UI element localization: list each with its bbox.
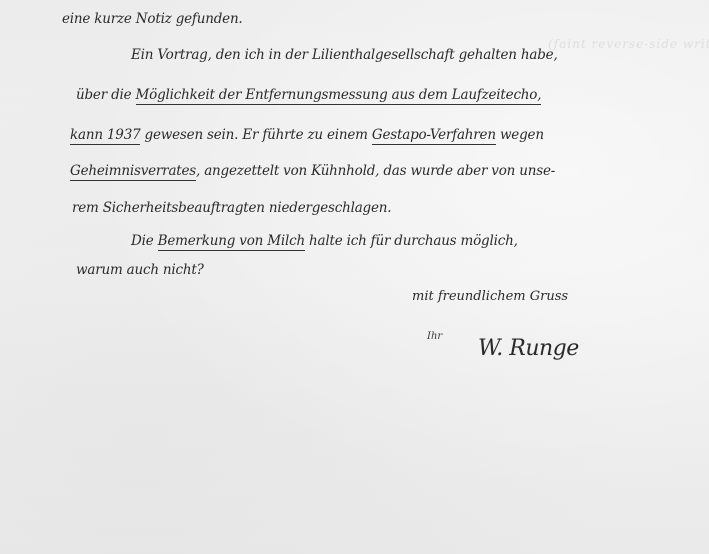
text-segment: gewesen sein. Er führte zu einem [140, 127, 371, 143]
signature: W. Runge [478, 336, 579, 361]
letter-line-3: über die Möglichkeit der Entfernungsmess… [76, 87, 541, 103]
text-segment: wegen [496, 127, 544, 143]
letter-line-5: Geheimnisverrates, angezettelt von Kühnh… [70, 163, 555, 179]
text-segment: , angezettelt von Kühnhold, das wurde ab… [196, 163, 555, 179]
text-segment: Die [131, 233, 158, 249]
underlined-text-segment: Bemerkung von Milch [158, 233, 305, 251]
text-segment: über die [76, 87, 136, 103]
underlined-text-segment: Geheimnisverrates [70, 163, 196, 181]
letter-line-4: kann 1937 gewesen sein. Er führte zu ein… [70, 127, 544, 143]
initials: Ihr [427, 331, 442, 342]
text-segment: eine kurze Notiz gefunden. [62, 11, 243, 27]
letter-line-1: eine kurze Notiz gefunden. [62, 11, 243, 27]
underlined-text-segment: kann 1937 [70, 127, 140, 145]
text-segment: Ein Vortrag, den ich in der Lilienthalge… [131, 47, 558, 63]
closing-salutation: mit freundlichem Gruss [412, 289, 568, 304]
letter-line-6: rem Sicherheitsbeauftragten niedergeschl… [72, 200, 391, 216]
letter-line-7: Die Bemerkung von Milch halte ich für du… [131, 233, 518, 249]
underlined-text-segment: Gestapo-Verfahren [372, 127, 496, 145]
underlined-text-segment: Möglichkeit der Entfernungsmessung aus d… [136, 87, 542, 105]
bleed-through-text: (faint reverse-side writing) [548, 37, 709, 51]
text-segment: rem Sicherheitsbeauftragten niedergeschl… [72, 200, 391, 216]
text-segment: warum auch nicht? [76, 262, 204, 278]
letter-line-2: Ein Vortrag, den ich in der Lilienthalge… [131, 47, 558, 63]
letter-line-8: warum auch nicht? [76, 262, 204, 278]
text-segment: halte ich für durchaus möglich, [305, 233, 518, 249]
letter-page: (faint reverse-side writing) eine kurze … [0, 0, 709, 554]
